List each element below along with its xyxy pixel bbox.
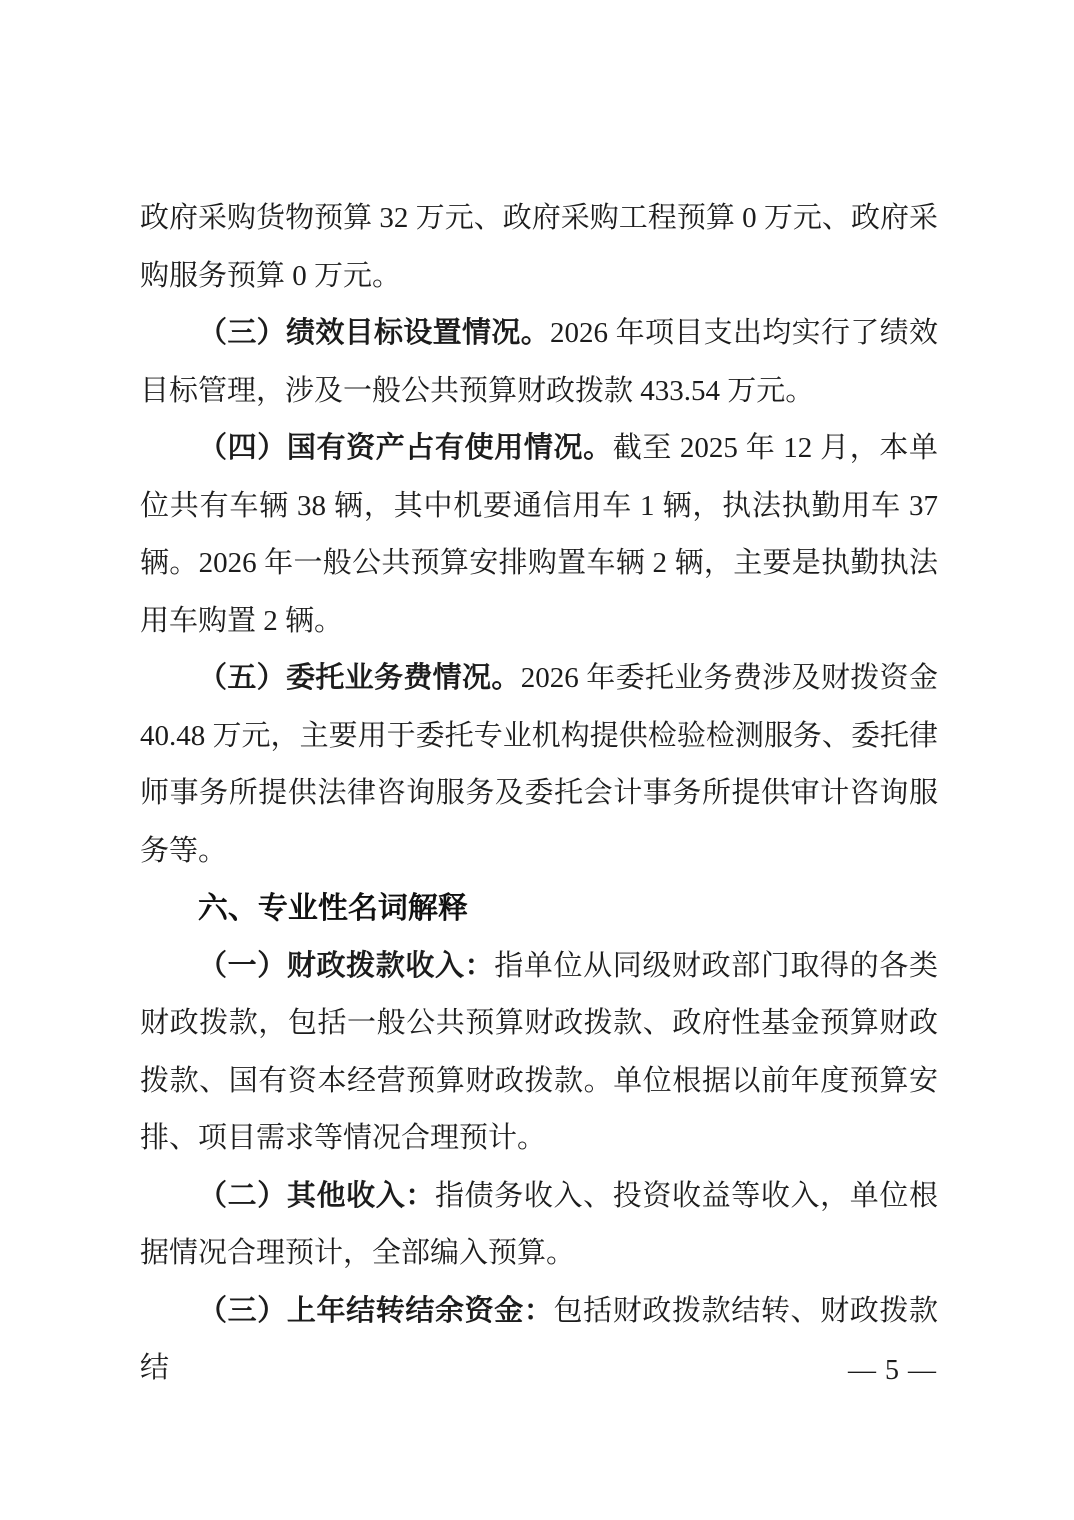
section-heading-terminology: 六、专业性名词解释 (140, 880, 938, 938)
paragraph-state-assets: （四）国有资产占有使用情况。截至 2025 年 12 月，本单位共有车辆 38 … (140, 420, 938, 650)
paragraph-carryover-funds: （三）上年结转结余资金：包括财政拨款结转、财政拨款结 (140, 1283, 938, 1398)
paragraph-text: 政府采购货物预算 32 万元、政府采购工程预算 0 万元、政府采购服务预算 0 … (140, 202, 938, 292)
paragraph-procurement-continuation: 政府采购货物预算 32 万元、政府采购工程预算 0 万元、政府采购服务预算 0 … (140, 190, 938, 305)
page-number: — 5 — (848, 1351, 937, 1391)
paragraph-bold-label: （四）国有资产占有使用情况。 (198, 432, 613, 464)
paragraph-bold-label: （三）绩效目标设置情况。 (198, 317, 550, 349)
document-page: 政府采购货物预算 32 万元、政府采购工程预算 0 万元、政府采购服务预算 0 … (0, 0, 1074, 1520)
paragraph-other-income: （二）其他收入：指债务收入、投资收益等收入，单位根据情况合理预计，全部编入预算。 (140, 1168, 938, 1283)
paragraph-entrusted-fees: （五）委托业务费情况。2026 年委托业务费涉及财拨资金 40.48 万元，主要… (140, 650, 938, 880)
paragraph-bold-label: （一）财政拨款收入： (198, 950, 494, 982)
paragraph-performance-targets: （三）绩效目标设置情况。2026 年项目支出均实行了绩效目标管理，涉及一般公共预… (140, 305, 938, 420)
paragraph-bold-label: （五）委托业务费情况。 (198, 662, 521, 694)
document-body: 政府采购货物预算 32 万元、政府采购工程预算 0 万元、政府采购服务预算 0 … (140, 190, 938, 1398)
paragraph-bold-label: （三）上年结转结余资金： (198, 1295, 554, 1327)
paragraph-bold-label: （二）其他收入： (198, 1180, 435, 1212)
paragraph-fiscal-appropriation-income: （一）财政拨款收入：指单位从同级财政部门取得的各类财政拨款，包括一般公共预算财政… (140, 938, 938, 1168)
